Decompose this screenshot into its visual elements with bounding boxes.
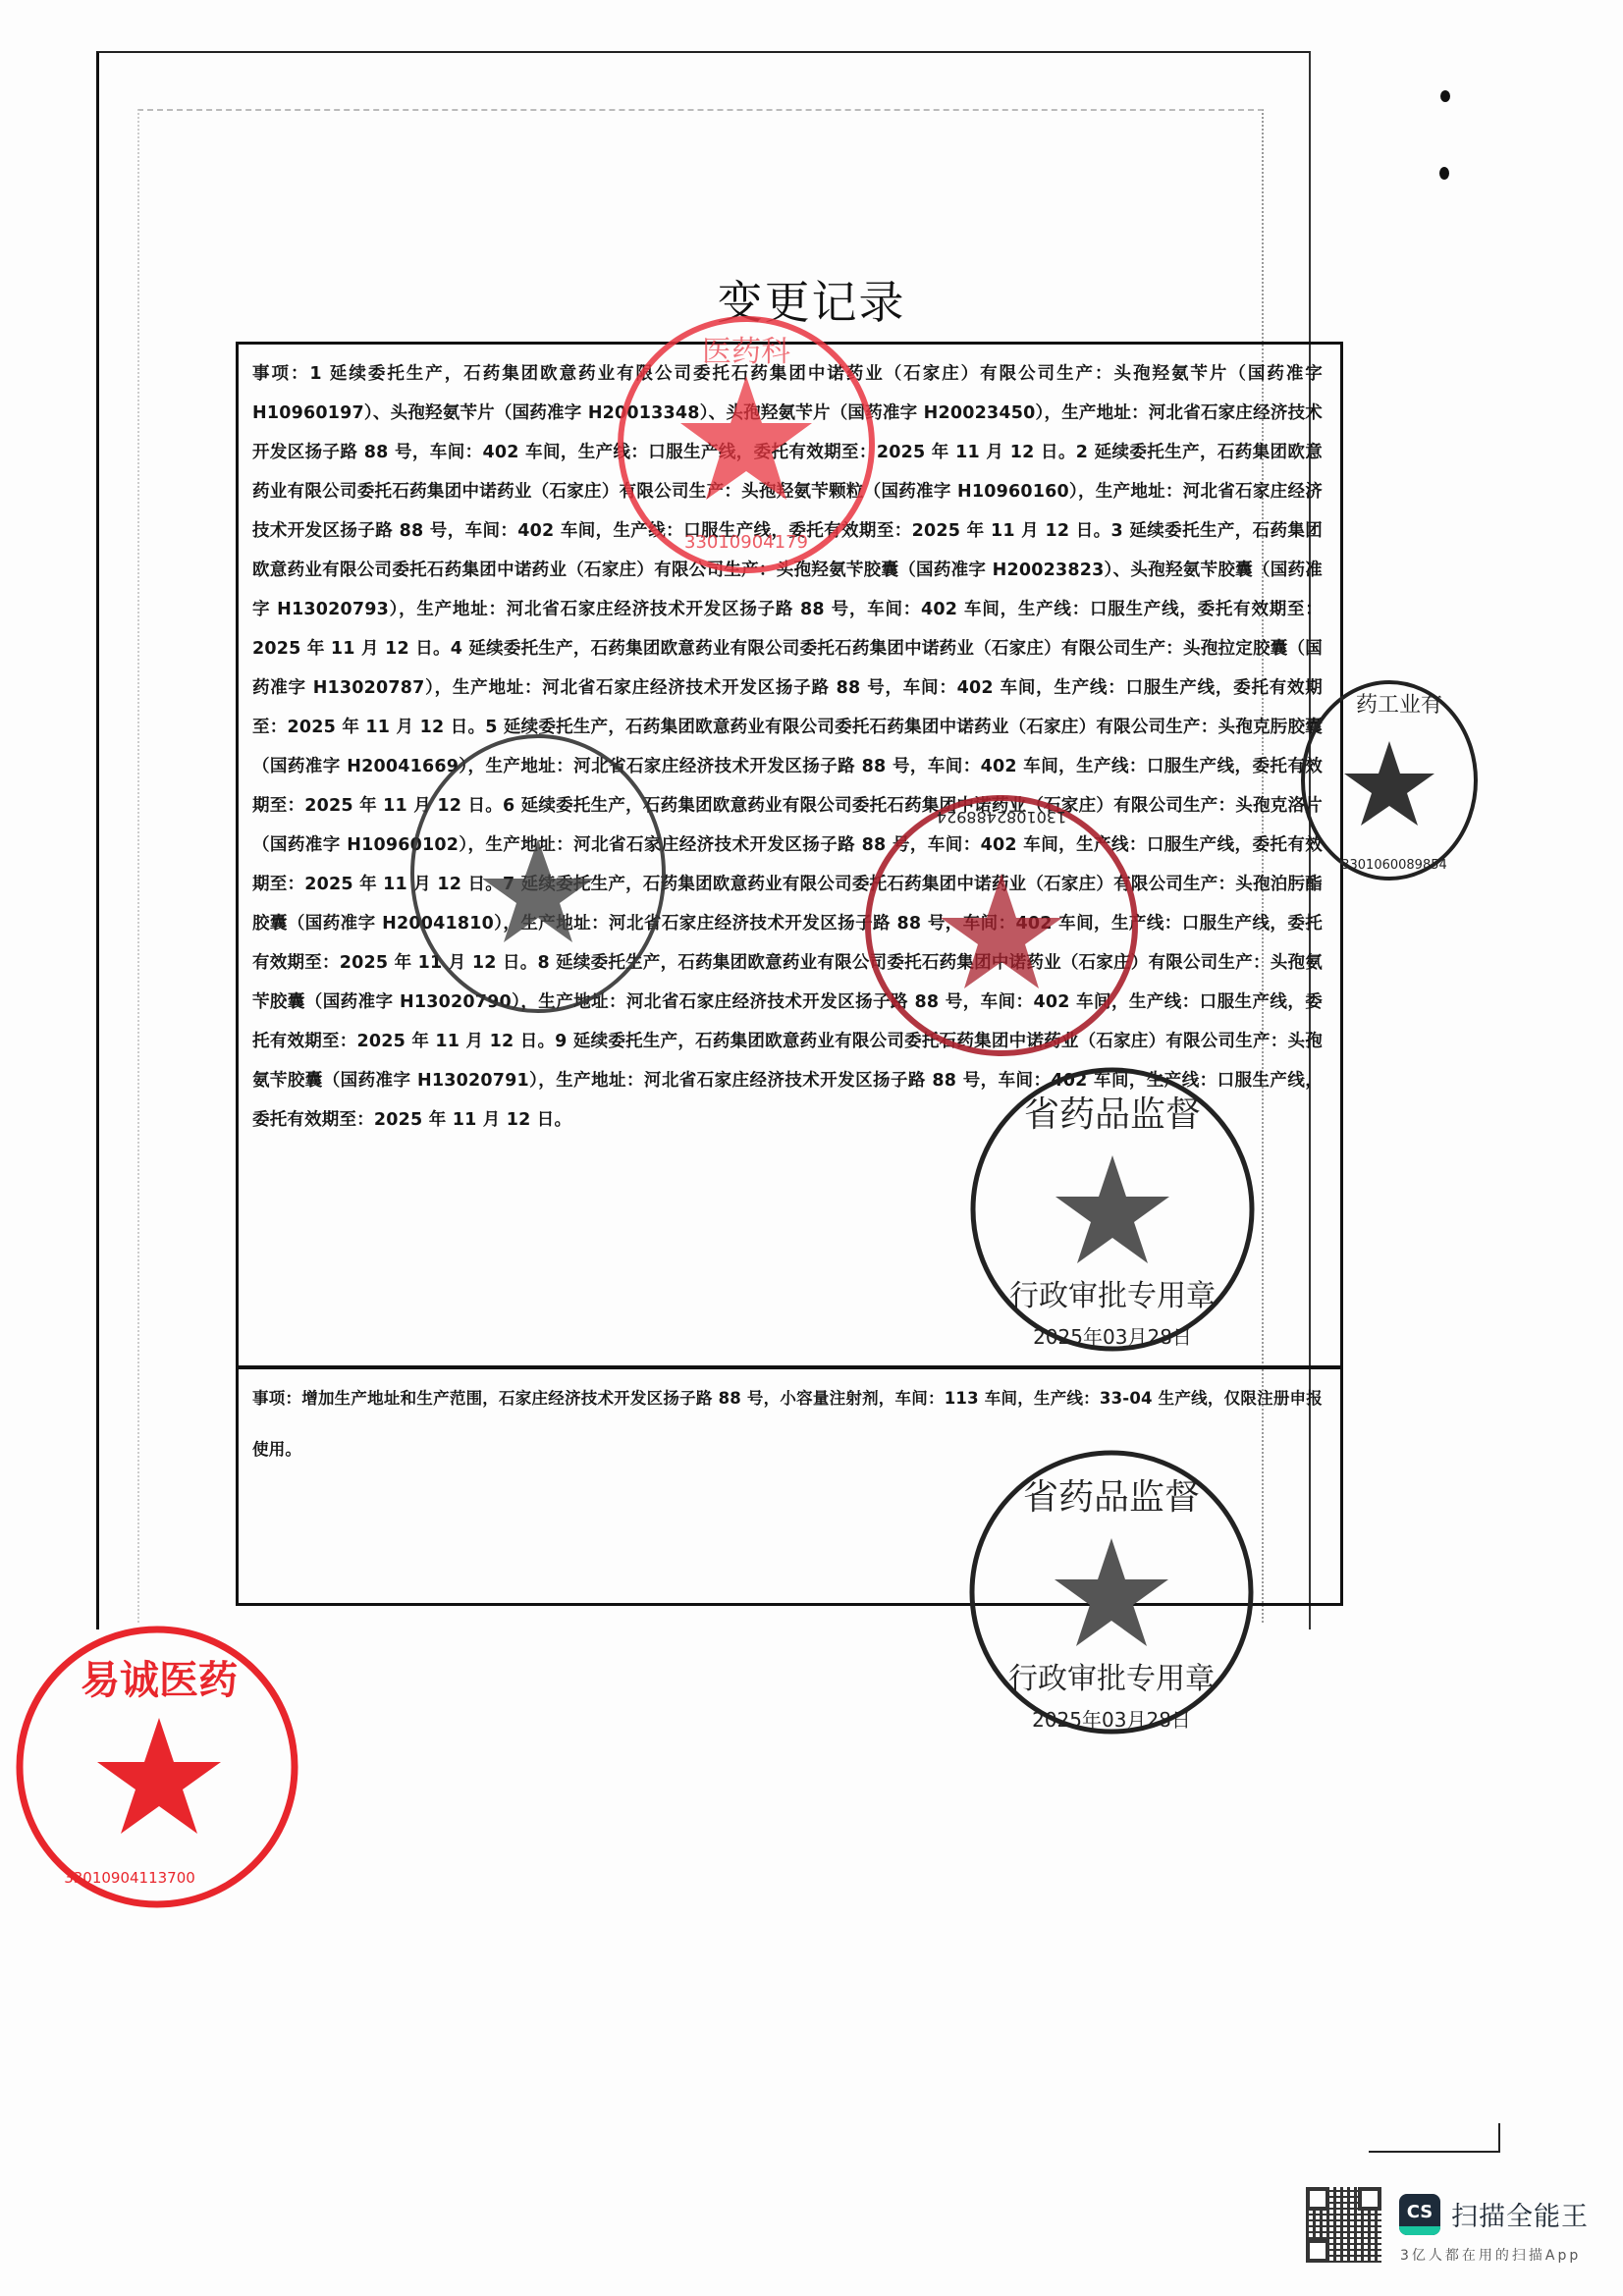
svg-text:33010904179: 33010904179 xyxy=(684,532,808,553)
svg-text:行政审批专用章: 行政审批专用章 xyxy=(1008,1662,1215,1696)
app-name: 扫描全能王 xyxy=(1451,2195,1589,2233)
scanner-app-branding: CS 扫描全能王 3亿人都在用的扫描App xyxy=(1306,2184,1620,2277)
svg-text:易诚医药: 易诚医药 xyxy=(81,1657,238,1703)
scan-speck xyxy=(1440,90,1450,102)
regulator-seal-1: 省药品监督 行政审批专用章 2025年03月28日 xyxy=(965,1062,1260,1357)
star-icon xyxy=(1055,1155,1169,1263)
company-seal-black-right: 药工业有 3301060089854 xyxy=(1311,677,1488,883)
svg-text:省药品监督: 省药品监督 xyxy=(1024,1095,1201,1135)
svg-text:33010904113700: 33010904113700 xyxy=(64,1869,195,1887)
svg-text:行政审批专用章: 行政审批专用章 xyxy=(1009,1279,1216,1313)
company-seal-red-top: 33010904179 医药科 xyxy=(614,312,879,577)
star-icon xyxy=(680,376,812,500)
star-icon xyxy=(482,839,594,942)
camscanner-logo-icon: CS xyxy=(1399,2194,1440,2235)
app-tagline: 3亿人都在用的扫描App xyxy=(1400,2245,1581,2265)
star-icon xyxy=(1055,1538,1168,1646)
regulator-seal-2: 省药品监督 行政审批专用章 2025年03月28日 xyxy=(964,1445,1259,1739)
company-seal-darkred-mid: 1301082488924 xyxy=(859,790,1144,1060)
svg-text:省药品监督: 省药品监督 xyxy=(1023,1477,1200,1518)
svg-text:医药科: 医药科 xyxy=(702,335,790,369)
svg-text:1301082488924: 1301082488924 xyxy=(937,808,1066,827)
svg-text:2025年03月28日: 2025年03月28日 xyxy=(1033,1325,1192,1349)
svg-text:2025年03月28日: 2025年03月28日 xyxy=(1032,1708,1191,1732)
star-icon xyxy=(1344,741,1434,826)
star-icon xyxy=(941,874,1062,988)
crop-mark xyxy=(1369,2123,1500,2153)
company-seal-black-left xyxy=(403,731,677,1016)
scan-speck xyxy=(1439,167,1449,180)
qr-code-icon[interactable] xyxy=(1306,2187,1381,2263)
svg-text:药工业有: 药工业有 xyxy=(1356,693,1442,718)
star-icon xyxy=(97,1718,221,1834)
company-seal-red-bottom: 易诚医药 33010904113700 xyxy=(12,1620,306,1914)
svg-text:3301060089854: 3301060089854 xyxy=(1341,858,1447,873)
